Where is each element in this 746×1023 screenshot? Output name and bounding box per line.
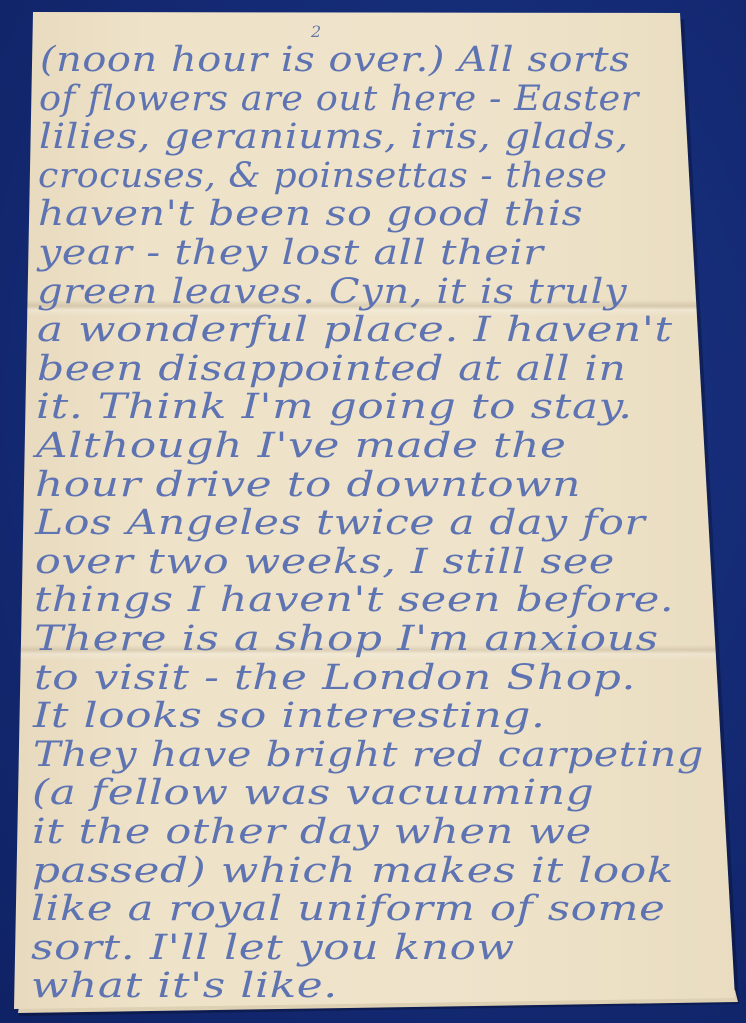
letter-line: green leaves. Cyn, it is truly bbox=[37, 272, 627, 312]
letter-line: of flowers are out here - Easter bbox=[39, 79, 639, 119]
letter-line: things I haven't seen before. bbox=[34, 580, 674, 620]
letter-line: a wonderful place. I haven't bbox=[37, 310, 673, 350]
letter-line: it. Think I'm going to stay. bbox=[36, 387, 633, 427]
letter-body: (noon hour is over.) All sorts of flower… bbox=[0, 0, 746, 1023]
letter-line: hour drive to downtown bbox=[35, 465, 581, 505]
letter-line: to visit - the London Shop. bbox=[34, 658, 636, 698]
letter-line: what it's like. bbox=[31, 966, 338, 1006]
letter-line: year - they lost all their bbox=[38, 233, 544, 273]
letter-line: crocuses, & poinsettas - these bbox=[38, 156, 607, 196]
letter-line: been disappointed at all in bbox=[37, 349, 626, 389]
letter-line: like a royal uniform of some bbox=[31, 889, 665, 929]
letter-line: sort. I'll let you know bbox=[31, 928, 515, 968]
letter-line: (a fellow was vacuuming bbox=[32, 773, 594, 813]
letter-line: over two weeks, I still see bbox=[35, 542, 615, 582]
letter-line: There is a shop I'm anxious bbox=[34, 619, 659, 659]
letter-line: Although I've made the bbox=[36, 426, 567, 466]
letter-photo: 2 (noon hour is over.) All sorts of flow… bbox=[0, 0, 746, 1023]
letter-line: it the other day when we bbox=[32, 812, 592, 852]
letter-line: It looks so interesting. bbox=[33, 696, 546, 736]
letter-line: Los Angeles twice a day for bbox=[35, 503, 645, 543]
letter-line: (noon hour is over.) All sorts bbox=[40, 40, 630, 80]
letter-line: passed) which makes it look bbox=[32, 851, 674, 891]
letter-line: lilies, geraniums, iris, glads, bbox=[39, 117, 629, 157]
letter-line: They have bright red carpeting bbox=[33, 735, 704, 775]
letter-line: haven't been so good this bbox=[38, 194, 583, 234]
